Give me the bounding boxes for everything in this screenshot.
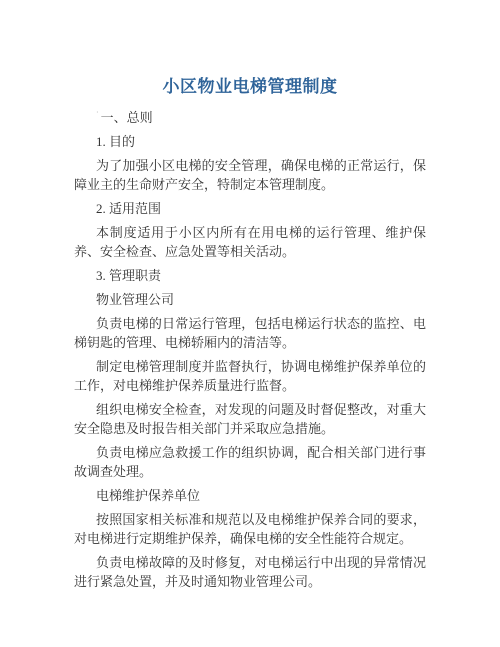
sub-heading-property-company: 物业管理公司 — [74, 290, 426, 309]
section-heading-text: 一、总则 — [101, 110, 153, 125]
paragraph-safety-inspection: 组织电梯安全检查，对发现的问题及时督促整改，对重大安全隐患及时报告相关部门并采取… — [74, 400, 426, 438]
paragraph-daily-operation: 负责电梯的日常运行管理，包括电梯运行状态的监控、电梯钥匙的管理、电梯轿厢内的清洁… — [74, 314, 426, 352]
section-heading-zongze: ·一、总则 — [74, 108, 426, 127]
document-title: 小区物业电梯管理制度 — [74, 76, 426, 98]
numbered-heading-purpose: 1. 目的 — [74, 132, 426, 151]
document-page: 小区物业电梯管理制度 ·一、总则 1. 目的 为了加强小区电梯的安全管理，确保电… — [0, 0, 500, 647]
paragraph-fault-repair: 负责电梯故障的及时修复，对电梯运行中出现的异常情况进行紧急处置，并及时通知物业管… — [74, 553, 426, 591]
numbered-heading-duties: 3. 管理职责 — [74, 266, 426, 285]
paragraph-periodic-maintenance: 按照国家相关标准和规范以及电梯维护保养合同的要求，对电梯进行定期维护保养，确保电… — [74, 510, 426, 548]
paragraph-emergency-rescue: 负责电梯应急救援工作的组织协调，配合相关部门进行事故调查处理。 — [74, 443, 426, 481]
paragraph-purpose: 为了加强小区电梯的安全管理，确保电梯的正常运行，保障业主的生命财产安全，特制定本… — [74, 156, 426, 194]
sub-heading-maintenance-unit: 电梯维护保养单位 — [74, 486, 426, 505]
paragraph-scope: 本制度适用于小区内所有在用电梯的运行管理、维护保养、安全检查、应急处置等相关活动… — [74, 223, 426, 261]
stray-list-marker: · — [96, 109, 99, 117]
paragraph-rules-supervision: 制定电梯管理制度并监督执行，协调电梯维护保养单位的工作，对电梯维护保养质量进行监… — [74, 357, 426, 395]
numbered-heading-scope: 2. 适用范围 — [74, 199, 426, 218]
